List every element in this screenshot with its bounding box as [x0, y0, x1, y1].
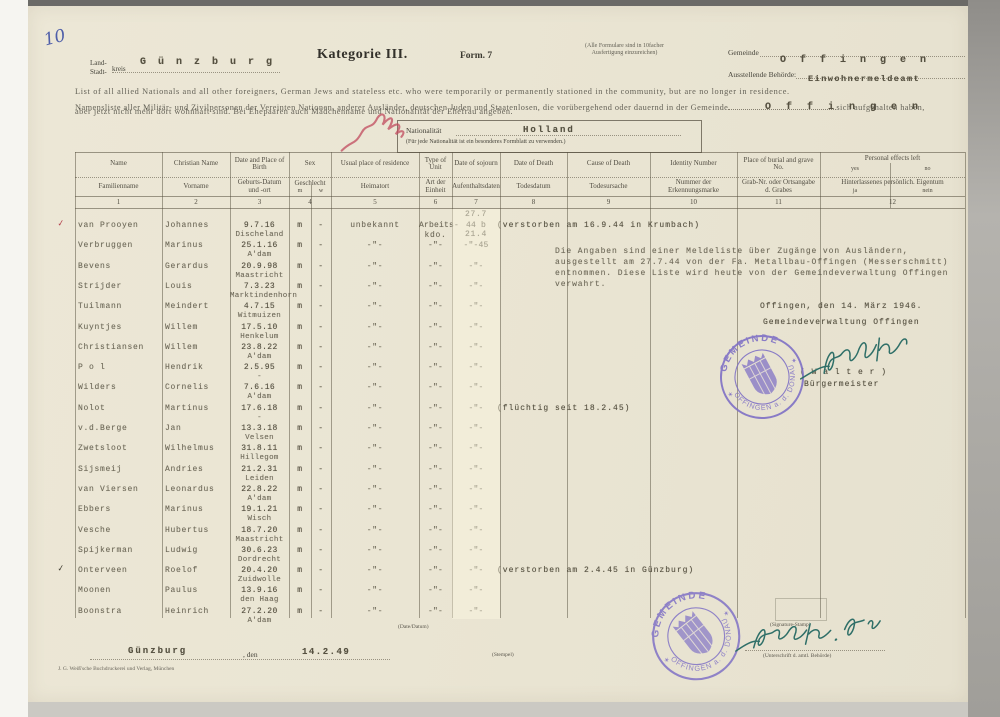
- table-column-line-0: [75, 152, 76, 618]
- row-1-unit-line2: kdo.: [419, 231, 452, 240]
- row-5-birth-place: Witmuizen: [230, 312, 289, 320]
- row-10-birth-place: -: [230, 414, 289, 422]
- row-19-birth-place: den Haag: [230, 596, 289, 604]
- row-1-sex-w: -: [311, 221, 331, 230]
- row-7-birth-date: 23.8.22: [230, 343, 289, 352]
- row-17-sex-m: m: [289, 546, 311, 555]
- row-10-birth-date: 17.6.18: [230, 404, 289, 413]
- row-8-sex-m: m: [289, 363, 311, 372]
- col-number-11: 11: [737, 198, 820, 206]
- col-header-en-4: Sex: [289, 153, 331, 175]
- row-18-sex-w: -: [311, 566, 331, 575]
- row-7-sex-w: -: [311, 343, 331, 352]
- row-6-sex-w: -: [311, 323, 331, 332]
- col-header-en-1: Name: [75, 153, 162, 175]
- row-10-first-name: Martinus: [165, 404, 209, 413]
- table-header-rule: [75, 196, 965, 197]
- scan-edge-right: [968, 0, 1000, 717]
- row-19-first-name: Paulus: [165, 586, 198, 595]
- row-11-sex-m: m: [289, 424, 311, 433]
- row-13-unit: -"-: [419, 465, 452, 474]
- row-4-birth-date: 7.3.23: [230, 282, 289, 291]
- row-2-birth-date: 25.1.16: [230, 241, 289, 250]
- row-12-sex-w: -: [311, 444, 331, 453]
- table-column-line-1: [162, 152, 163, 618]
- col-header-en-sub-no: no: [890, 165, 965, 174]
- row-20-family-name: Boonstra: [78, 607, 122, 616]
- row-4-residence: -"-: [331, 282, 419, 291]
- row-4-sex-w: -: [311, 282, 331, 291]
- row-15-residence: -"-: [331, 505, 419, 514]
- row-5-first-name: Meindert: [165, 302, 209, 311]
- row-16-unit: -"-: [419, 526, 452, 535]
- row-16-family-name: Vesche: [78, 526, 111, 535]
- row-7-family-name: Christiansen: [78, 343, 144, 352]
- row-12-birth-date: 31.8.11: [230, 444, 289, 453]
- col-header-de-5: Heimatort: [331, 178, 419, 195]
- row-14-residence: -"-: [331, 485, 419, 494]
- row-1-family-name: van Prooyen: [78, 221, 139, 230]
- row-8-sex-w: -: [311, 363, 331, 372]
- row-12-first-name: Wilhelmus: [165, 444, 215, 453]
- scan-light-band: [452, 209, 500, 619]
- row-1-remark: (verstorben am 16.9.44 in Krumbach): [497, 221, 700, 230]
- col-header-en-12: Personal effects left: [820, 153, 965, 165]
- col-number-1: 1: [75, 198, 162, 206]
- row-8-birth-place: -: [230, 373, 289, 381]
- row-20-birth-date: 27.2.20: [230, 607, 289, 616]
- col-number-10: 10: [650, 198, 737, 206]
- row-18-sex-m: m: [289, 566, 311, 575]
- col-header-en-11: Place of burial and grave No.: [737, 153, 820, 175]
- row-18-checkmark: ✓: [57, 563, 65, 576]
- row-8-family-name: P o l: [78, 363, 106, 372]
- row-2-unit: -"-: [419, 241, 452, 250]
- row-16-residence: -"-: [331, 526, 419, 535]
- date-caption: (Date/Datum): [398, 624, 429, 630]
- row-14-sex-w: -: [311, 485, 331, 494]
- row-11-birth-place: Velsen: [230, 434, 289, 442]
- row-13-sex-w: -: [311, 465, 331, 474]
- row-15-first-name: Marinus: [165, 505, 204, 514]
- col-number-2: 2: [162, 198, 230, 206]
- scanned-document-page: 10 Kategorie III. Form. 7 (Alle Formular…: [0, 0, 1000, 717]
- blank-label-box: [775, 598, 827, 621]
- col-header-de-4: Geschlecht: [289, 179, 331, 188]
- row-12-unit: -"-: [419, 444, 452, 453]
- row-18-birth-date: 20.4.20: [230, 566, 289, 575]
- row-19-sex-m: m: [289, 586, 311, 595]
- footer-place: Günzburg: [128, 646, 187, 656]
- row-15-family-name: Ebbers: [78, 505, 111, 514]
- footer-den-label: , den: [243, 650, 258, 659]
- row-10-unit: -"-: [419, 404, 452, 413]
- col-header-en-8: Date of Death: [500, 153, 567, 175]
- row-2-birth-place: A'dam: [230, 251, 289, 259]
- row-6-birth-date: 17.5.10: [230, 323, 289, 332]
- col-header-de-1: Familienname: [75, 178, 162, 195]
- row-13-birth-date: 21.2.31: [230, 465, 289, 474]
- col-header-de-12: Hinterlassenes persönlich. Eigentum: [820, 178, 965, 188]
- row-9-residence: -"-: [331, 383, 419, 392]
- row-11-family-name: v.d.Berge: [78, 424, 128, 433]
- signature-caption: (Unterschrift d. amtl. Behörde): [763, 653, 831, 659]
- row-6-birth-place: Henkelum: [230, 333, 289, 341]
- scan-edge-bottom: [28, 702, 968, 717]
- row-19-unit: -"-: [419, 586, 452, 595]
- row-20-sex-w: -: [311, 607, 331, 616]
- row-3-birth-place: Maastricht: [230, 272, 289, 280]
- row-9-first-name: Cornelis: [165, 383, 209, 392]
- row-9-birth-date: 7.6.16: [230, 383, 289, 392]
- row-7-birth-place: A'dam: [230, 353, 289, 361]
- row-7-sex-m: m: [289, 343, 311, 352]
- row-2-residence: -"-: [331, 241, 419, 250]
- row-5-sex-m: m: [289, 302, 311, 311]
- row-9-family-name: Wilders: [78, 383, 117, 392]
- meldeliste-note: Die Angaben sind einer Meldeliste über Z…: [555, 246, 948, 290]
- row-9-sex-m: m: [289, 383, 311, 392]
- col-header-de-sub-nein: nein: [890, 188, 965, 196]
- row-3-unit: -"-: [419, 262, 452, 271]
- col-header-de-sub-m: m: [289, 188, 311, 196]
- row-1-birth-place: Discheland: [230, 231, 289, 239]
- row-4-unit: -"-: [419, 282, 452, 291]
- col-header-de-6: Art der Einheit: [419, 178, 452, 195]
- row-3-first-name: Gerardus: [165, 262, 209, 271]
- footer-date: 14.2.49: [302, 647, 350, 657]
- row-12-sex-m: m: [289, 444, 311, 453]
- paper: 10 Kategorie III. Form. 7 (Alle Formular…: [28, 6, 968, 702]
- row-2-family-name: Verbruggen: [78, 241, 133, 250]
- row-1-unit: Arbeits-: [419, 221, 452, 230]
- row-13-family-name: Sijsmeij: [78, 465, 122, 474]
- row-19-birth-date: 13.9.16: [230, 586, 289, 595]
- row-3-sex-m: m: [289, 262, 311, 271]
- row-2-sex-m: m: [289, 241, 311, 250]
- row-7-first-name: Willem: [165, 343, 198, 352]
- row-8-birth-date: 2.5.95: [230, 363, 289, 372]
- row-13-birth-place: Leiden: [230, 475, 289, 483]
- row-1-birth-date: 9.7.16: [230, 221, 289, 230]
- row-19-residence: -"-: [331, 586, 419, 595]
- row-14-birth-place: A'dam: [230, 495, 289, 503]
- row-8-unit: -"-: [419, 363, 452, 372]
- certification-authority: Gemeindeverwaltung Offingen: [763, 318, 920, 327]
- row-11-unit: -"-: [419, 424, 452, 433]
- row-17-unit: -"-: [419, 546, 452, 555]
- row-12-residence: -"-: [331, 444, 419, 453]
- col-number-8: 8: [500, 198, 567, 206]
- table-column-line-12: [965, 152, 966, 618]
- row-17-birth-place: Dordrecht: [230, 556, 289, 564]
- row-5-residence: -"-: [331, 302, 419, 311]
- row-4-birth-place: Marktindenhorn: [230, 292, 289, 300]
- row-14-birth-date: 22.8.22: [230, 485, 289, 494]
- row-4-family-name: Strijder: [78, 282, 122, 291]
- row-1-residence: unbekannt: [331, 221, 419, 230]
- col-number-6: 6: [419, 198, 452, 206]
- col-header-en-9: Cause of Death: [567, 153, 650, 175]
- row-16-birth-date: 18.7.20: [230, 526, 289, 535]
- col-header-en-2: Christian Name: [162, 153, 230, 175]
- col-header-en-3: Date and Place of Birth: [230, 153, 289, 175]
- col-number-9: 9: [567, 198, 650, 206]
- row-20-birth-place: A'dam: [230, 617, 289, 625]
- row-8-residence: -"-: [331, 363, 419, 372]
- row-13-first-name: Andries: [165, 465, 204, 474]
- col-header-de-3: Geburts-Datum und -ort: [230, 178, 289, 195]
- meldeliste-note-line2: ausgestellt am 27.7.44 von der Fa. Metal…: [555, 257, 948, 268]
- row-20-unit: -"-: [419, 607, 452, 616]
- row-17-family-name: Spijkerman: [78, 546, 133, 555]
- col-header-de-11: Grab-Nr. oder Ortsangabe d. Grabes: [737, 178, 820, 195]
- row-14-family-name: van Viersen: [78, 485, 139, 494]
- row-19-family-name: Moonen: [78, 586, 111, 595]
- col-header-en-7: Date of sojourn: [452, 153, 500, 175]
- row-5-sex-w: -: [311, 302, 331, 311]
- row-2-first-name: Marinus: [165, 241, 204, 250]
- row-15-sex-w: -: [311, 505, 331, 514]
- seal-label: (Stempel): [492, 652, 514, 658]
- row-6-family-name: Kuyntjes: [78, 323, 122, 332]
- row-20-residence: -"-: [331, 607, 419, 616]
- row-17-first-name: Ludwig: [165, 546, 198, 555]
- footer-dotted-line: [90, 659, 390, 660]
- col-number-7: 7: [452, 198, 500, 206]
- row-11-first-name: Jan: [165, 424, 182, 433]
- row-5-unit: -"-: [419, 302, 452, 311]
- col-number-12: 12: [820, 198, 965, 206]
- row-7-residence: -"-: [331, 343, 419, 352]
- row-18-residence: -"-: [331, 566, 419, 575]
- row-7-unit: -"-: [419, 343, 452, 352]
- row-17-sex-w: -: [311, 546, 331, 555]
- row-13-residence: -"-: [331, 465, 419, 474]
- row-1-checkmark: ✓: [57, 218, 65, 231]
- row-16-sex-m: m: [289, 526, 311, 535]
- row-15-birth-place: Wisch: [230, 515, 289, 523]
- row-6-residence: -"-: [331, 323, 419, 332]
- row-6-first-name: Willem: [165, 323, 198, 332]
- col-header-en-sub-yes: yes: [820, 165, 890, 174]
- row-9-unit: -"-: [419, 383, 452, 392]
- row-5-family-name: Tuilmann: [78, 302, 122, 311]
- col-header-en-5: Usual place of residence: [331, 153, 419, 175]
- row-5-birth-date: 4.7.15: [230, 302, 289, 311]
- row-9-birth-place: A'dam: [230, 393, 289, 401]
- row-10-sex-m: m: [289, 404, 311, 413]
- row-12-birth-place: Hillegom: [230, 454, 289, 462]
- row-18-first-name: Roelof: [165, 566, 198, 575]
- row-4-first-name: Louis: [165, 282, 193, 291]
- certification-place-date: Offingen, den 14. März 1946.: [760, 302, 922, 311]
- row-14-first-name: Leonardus: [165, 485, 215, 494]
- row-3-birth-date: 20.9.98: [230, 262, 289, 271]
- row-10-sex-w: -: [311, 404, 331, 413]
- row-4-sex-m: m: [289, 282, 311, 291]
- row-13-sex-m: m: [289, 465, 311, 474]
- row-1-sex-m: m: [289, 221, 311, 230]
- row-18-family-name: Onterveen: [78, 566, 128, 575]
- row-20-first-name: Heinrich: [165, 607, 209, 616]
- printer-imprint: J. G. Weiß'sche Buchdruckerei und Verlag…: [58, 666, 174, 672]
- row-16-birth-place: Maastricht: [230, 536, 289, 544]
- row-3-family-name: Bevens: [78, 262, 111, 271]
- row-6-unit: -"-: [419, 323, 452, 332]
- col-number-5: 5: [331, 198, 419, 206]
- col-header-de-10: Nummer der Erkennungsmarke: [650, 178, 737, 195]
- row-15-sex-m: m: [289, 505, 311, 514]
- col-number-3: 3: [230, 198, 289, 206]
- gemeinde-round-stamp-lower: GEMEINDE OFFINGEN a. d. DONAU ✶ ✶: [650, 590, 742, 687]
- row-18-remark: (verstorben am 2.4.45 in Günzburg): [497, 566, 694, 575]
- row-18-unit: -"-: [419, 566, 452, 575]
- col-header-de-7: Aufenthaltsdaten: [452, 178, 500, 195]
- row-14-sex-m: m: [289, 485, 311, 494]
- row-9-sex-w: -: [311, 383, 331, 392]
- row-6-sex-m: m: [289, 323, 311, 332]
- row-2-sex-w: -: [311, 241, 331, 250]
- meldeliste-note-line1: Die Angaben sind einer Meldeliste über Z…: [555, 246, 948, 257]
- row-15-birth-date: 19.1.21: [230, 505, 289, 514]
- row-3-residence: -"-: [331, 262, 419, 271]
- col-header-de-sub-ja: ja: [820, 188, 890, 196]
- row-15-unit: -"-: [419, 505, 452, 514]
- meldeliste-note-line4: verwahrt.: [555, 279, 948, 290]
- row-16-sex-w: -: [311, 526, 331, 535]
- col-header-de-9: Todesursache: [567, 178, 650, 195]
- row-11-birth-date: 13.3.18: [230, 424, 289, 433]
- row-19-sex-w: -: [311, 586, 331, 595]
- signature-dotted-line: [745, 650, 885, 651]
- row-8-first-name: Hendrik: [165, 363, 204, 372]
- col-header-de-8: Todesdatum: [500, 178, 567, 195]
- row-10-residence: -"-: [331, 404, 419, 413]
- row-17-birth-date: 30.6.23: [230, 546, 289, 555]
- meldeliste-note-line3: entnommen. Diese Liste wird heute von de…: [555, 268, 948, 279]
- table-number-row-rule: [75, 208, 965, 209]
- col-header-de-sub-w: w: [311, 188, 331, 196]
- col-header-en-6: Type of Unit: [419, 153, 452, 175]
- row-20-sex-m: m: [289, 607, 311, 616]
- col-number-4: 4: [289, 198, 331, 206]
- row-14-unit: -"-: [419, 485, 452, 494]
- row-10-family-name: Nolot: [78, 404, 106, 413]
- row-12-family-name: Zwetsloot: [78, 444, 128, 453]
- row-11-residence: -"-: [331, 424, 419, 433]
- row-1-first-name: Johannes: [165, 221, 209, 230]
- row-11-sex-w: -: [311, 424, 331, 433]
- row-10-remark: (flüchtig seit 18.2.45): [497, 404, 630, 413]
- row-18-birth-place: Zuidwolle: [230, 576, 289, 584]
- row-3-sex-w: -: [311, 262, 331, 271]
- col-header-de-2: Vorname: [162, 178, 230, 195]
- row-17-residence: -"-: [331, 546, 419, 555]
- row-16-first-name: Hubertus: [165, 526, 209, 535]
- col-header-en-10: Identity Number: [650, 153, 737, 175]
